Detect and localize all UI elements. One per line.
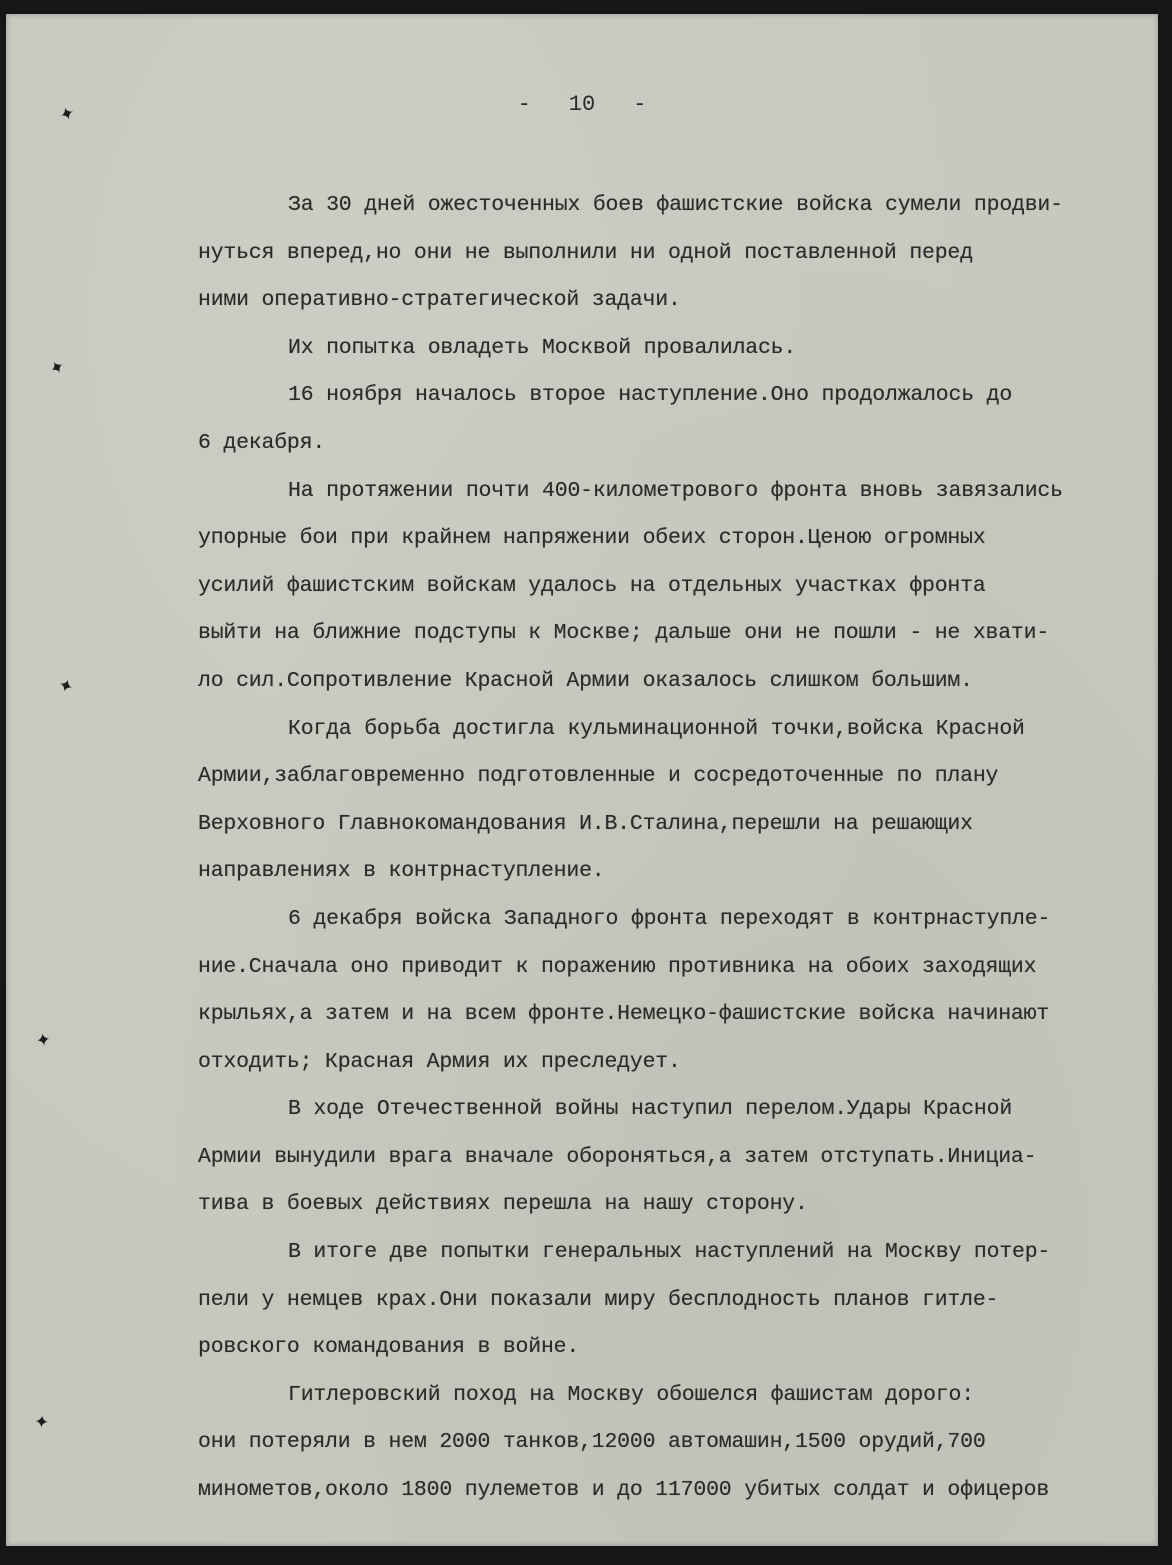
text-line: Гитлеровский поход на Москву обошелся фа… bbox=[198, 1372, 1172, 1420]
page-number-dash-left: - bbox=[518, 92, 531, 117]
text-line: Когда борьба достигла кульминационной то… bbox=[198, 706, 1172, 754]
text-line: 16 ноября началось второе наступление.Он… bbox=[198, 372, 1172, 420]
text-line: выйти на ближние подступы к Москве; даль… bbox=[198, 610, 1172, 658]
text-line: Их попытка овладеть Москвой провалилась. bbox=[198, 325, 1172, 373]
text-line: Верховного Главнокомандования И.В.Сталин… bbox=[198, 801, 1172, 849]
page-number: -10- bbox=[6, 92, 1158, 117]
text-line: они потеряли в нем 2000 танков,12000 авт… bbox=[198, 1419, 1172, 1467]
punch-hole-icon: ✦ bbox=[55, 676, 75, 698]
text-line: В итоге две попытки генеральных наступле… bbox=[198, 1229, 1172, 1277]
text-line: крыльях,а затем и на всем фронте.Немецко… bbox=[198, 991, 1172, 1039]
text-line: Армии,заблаговременно подготовленные и с… bbox=[198, 753, 1172, 801]
text-line: 6 декабря войска Западного фронта перехо… bbox=[198, 896, 1172, 944]
page-number-dash-right: - bbox=[633, 92, 646, 117]
text-line: упорные бои при крайнем напряжении обеих… bbox=[198, 515, 1172, 563]
text-line: отходить; Красная Армия их преследует. bbox=[198, 1039, 1172, 1087]
scan-background: ✦ ✦ ✦ ✦ ✦ -10- За 30 дней ожесточенных б… bbox=[0, 0, 1172, 1565]
text-line: ровского командования в войне. bbox=[198, 1324, 1172, 1372]
text-line: пели у немцев крах.Они показали миру бес… bbox=[198, 1277, 1172, 1325]
text-line: На протяжении почти 400-километрового фр… bbox=[198, 468, 1172, 516]
punch-hole-icon: ✦ bbox=[35, 1031, 53, 1051]
text-line: ло сил.Сопротивление Красной Армии оказа… bbox=[198, 658, 1172, 706]
document-body: За 30 дней ожесточенных боев фашистские … bbox=[198, 182, 1172, 1515]
text-line: В ходе Отечественной войны наступил пере… bbox=[198, 1086, 1172, 1134]
text-line: ними оперативно-стратегической задачи. bbox=[198, 277, 1172, 325]
punch-hole-icon: ✦ bbox=[33, 1413, 50, 1432]
text-line: ние.Сначала оно приводит к поражению про… bbox=[198, 944, 1172, 992]
text-line: тива в боевых действиях перешла на нашу … bbox=[198, 1181, 1172, 1229]
text-line: За 30 дней ожесточенных боев фашистские … bbox=[198, 182, 1172, 230]
text-line: усилий фашистским войскам удалось на отд… bbox=[198, 563, 1172, 611]
text-line: Армии вынудили врага вначале обороняться… bbox=[198, 1134, 1172, 1182]
page-number-value: 10 bbox=[569, 92, 595, 117]
text-line: нуться вперед,но они не выполнили ни одн… bbox=[198, 230, 1172, 278]
punch-hole-icon: ✦ bbox=[44, 357, 67, 379]
text-line: 6 декабря. bbox=[198, 420, 1172, 468]
typewritten-page: ✦ ✦ ✦ ✦ ✦ -10- За 30 дней ожесточенных б… bbox=[6, 14, 1158, 1546]
text-line: направлениях в контрнаступление. bbox=[198, 848, 1172, 896]
text-line: минометов,около 1800 пулеметов и до 1170… bbox=[198, 1467, 1172, 1515]
